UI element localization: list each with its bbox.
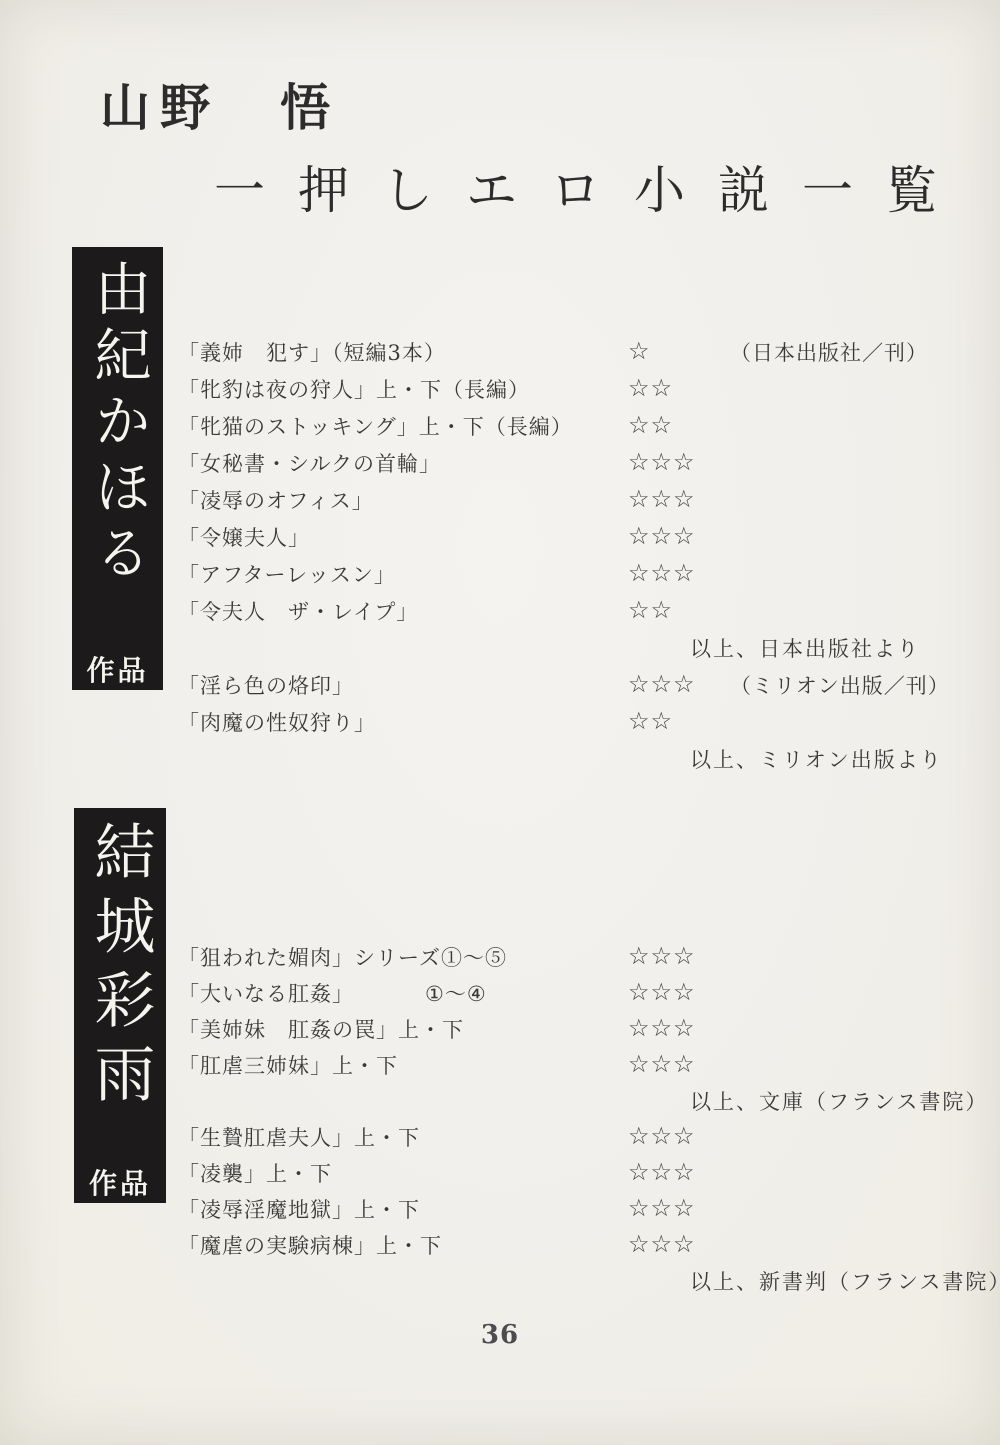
book-title: 「牝猫のストッキング」上・下（長編） <box>178 414 573 440</box>
page-number: 36 <box>0 1320 1000 1350</box>
publisher-note: 以上、日本出版社より <box>690 636 920 662</box>
book-title: 「肉魔の性奴狩り」 <box>178 710 376 736</box>
star-rating: ☆☆☆ <box>628 979 696 1005</box>
publisher-tag: （ミリオン出版／刊） <box>730 673 950 699</box>
publisher-note-row: 以上、文庫（フランス書院） <box>0 1089 1000 1119</box>
star-rating: ☆ <box>628 338 651 364</box>
publisher-tag: （日本出版社／刊） <box>730 340 928 366</box>
star-rating: ☆☆☆ <box>628 1195 696 1221</box>
star-rating: ☆☆ <box>628 597 673 623</box>
book-title: 「狙われた媚肉」シリーズ①～⑤ <box>178 945 507 971</box>
star-rating: ☆☆ <box>628 412 673 438</box>
book-row: 「肉魔の性奴狩り」☆☆ <box>0 710 1000 740</box>
book-title: 「大いなる肛姦」 <box>178 981 354 1007</box>
book-row: 「令夫人 ザ・レイプ」☆☆ <box>0 599 1000 629</box>
publisher-note-row: 以上、ミリオン出版より <box>0 747 1000 777</box>
star-rating: ☆☆☆ <box>628 943 696 969</box>
book-row: 「凌辱のオフィス」☆☆☆ <box>0 488 1000 518</box>
book-row: 「狙われた媚肉」シリーズ①～⑤☆☆☆ <box>0 945 1000 975</box>
book-row: 「アフターレッスン」☆☆☆ <box>0 562 1000 592</box>
book-title: 「淫ら色の烙印」 <box>178 673 354 699</box>
star-rating: ☆☆☆ <box>628 1051 696 1077</box>
book-row: 「義姉 犯す」（短編3本）☆（日本出版社／刊） <box>0 340 1000 370</box>
star-rating: ☆☆☆ <box>628 1159 696 1185</box>
star-rating: ☆☆☆ <box>628 486 696 512</box>
star-rating: ☆☆☆ <box>628 449 696 475</box>
book-title: 「肛虐三姉妹」上・下 <box>178 1053 398 1079</box>
book-row: 「生贄肛虐夫人」上・下☆☆☆ <box>0 1125 1000 1155</box>
publisher-note: 以上、文庫（フランス書院） <box>690 1089 988 1115</box>
book-row: 「大いなる肛姦」①～④☆☆☆ <box>0 981 1000 1011</box>
book-title: 「美姉妹 肛姦の罠」上・下 <box>178 1017 464 1043</box>
star-rating: ☆☆☆ <box>628 671 696 697</box>
book-row: 「魔虐の実験病棟」上・下☆☆☆ <box>0 1233 1000 1263</box>
star-rating: ☆☆☆ <box>628 1231 696 1257</box>
book-row: 「淫ら色の烙印」☆☆☆（ミリオン出版／刊） <box>0 673 1000 703</box>
book-row: 「美姉妹 肛姦の罠」上・下☆☆☆ <box>0 1017 1000 1047</box>
book-title: 「牝豹は夜の狩人」上・下（長編） <box>178 377 530 403</box>
volume-range: ①～④ <box>425 981 487 1007</box>
book-title: 「凌辱淫魔地獄」上・下 <box>178 1197 420 1223</box>
scanned-book-page: 山野 悟 一押しエロ小説一覧 由紀かほる 作品 結城彩雨 作品 「義姉 犯す」（… <box>0 0 1000 1445</box>
book-row: 「凌辱淫魔地獄」上・下☆☆☆ <box>0 1197 1000 1227</box>
book-row: 「凌襲」上・下☆☆☆ <box>0 1161 1000 1191</box>
book-row: 「牝豹は夜の狩人」上・下（長編）☆☆ <box>0 377 1000 407</box>
star-rating: ☆☆☆ <box>628 560 696 586</box>
book-row: 「牝猫のストッキング」上・下（長編）☆☆ <box>0 414 1000 444</box>
page-title-author: 山野 悟 <box>100 68 340 140</box>
book-title: 「魔虐の実験病棟」上・下 <box>178 1233 442 1259</box>
star-rating: ☆☆ <box>628 375 673 401</box>
page-subtitle-list-title: 一押しエロ小説一覧 <box>214 149 970 223</box>
publisher-note-row: 以上、日本出版社より <box>0 636 1000 666</box>
publisher-note: 以上、ミリオン出版より <box>690 747 943 773</box>
star-rating: ☆☆☆ <box>628 1123 696 1149</box>
book-row: 「令嬢夫人」☆☆☆ <box>0 525 1000 555</box>
book-title: 「義姉 犯す」（短編3本） <box>178 340 446 366</box>
book-title: 「令夫人 ザ・レイプ」 <box>178 599 418 625</box>
book-title: 「女秘書・シルクの首輪」 <box>178 451 441 477</box>
book-title: 「アフターレッスン」 <box>178 562 396 588</box>
book-title: 「凌襲」上・下 <box>178 1161 332 1187</box>
star-rating: ☆☆☆ <box>628 1015 696 1041</box>
book-title: 「生贄肛虐夫人」上・下 <box>178 1125 420 1151</box>
book-title: 「凌辱のオフィス」 <box>178 488 374 514</box>
publisher-note-row: 以上、新書判（フランス書院） <box>0 1269 1000 1299</box>
publisher-note: 以上、新書判（フランス書院） <box>690 1269 1000 1295</box>
book-title: 「令嬢夫人」 <box>178 525 310 551</box>
book-row: 「肛虐三姉妹」上・下☆☆☆ <box>0 1053 1000 1083</box>
star-rating: ☆☆ <box>628 708 673 734</box>
book-row: 「女秘書・シルクの首輪」☆☆☆ <box>0 451 1000 481</box>
star-rating: ☆☆☆ <box>628 523 696 549</box>
